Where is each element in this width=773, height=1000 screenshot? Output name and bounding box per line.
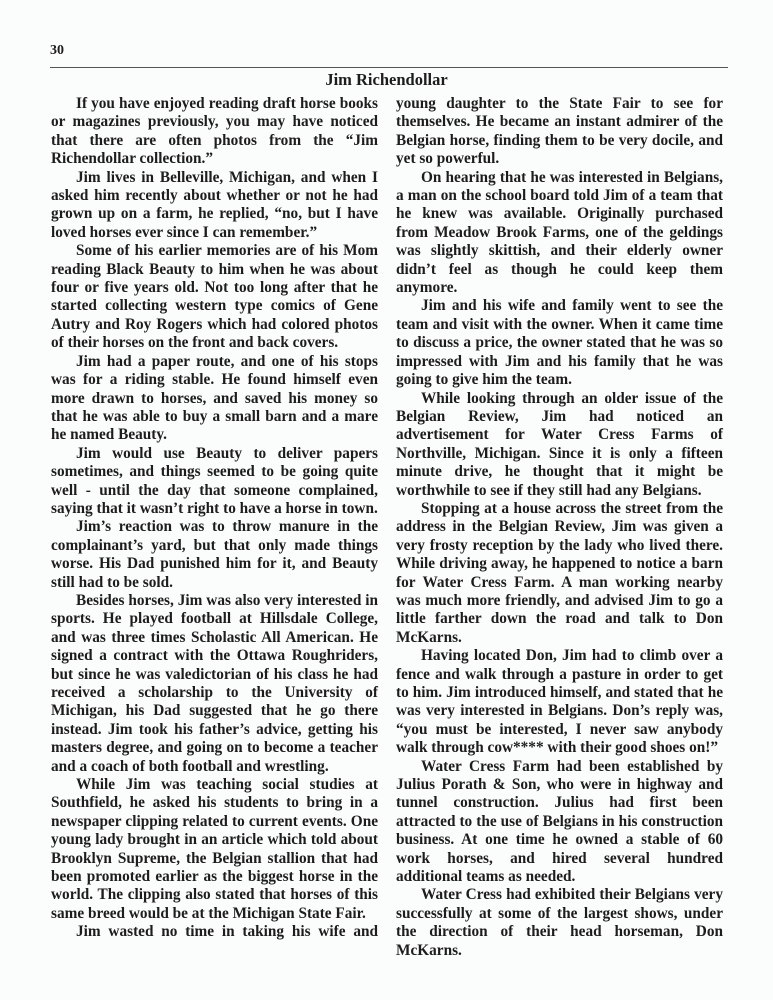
paragraph: While looking through an older issue of …: [396, 390, 723, 500]
paragraph: Jim and his wife and family went to see …: [396, 297, 723, 389]
page-number: 30: [50, 44, 64, 58]
paragraph: Jim wasted no time in taking his wife an…: [51, 923, 378, 941]
paragraph: While Jim was teaching social studies at…: [51, 776, 378, 923]
paragraph: Jim lives in Belleville, Michigan, and w…: [51, 169, 378, 243]
page-title: Jim Richendollar: [0, 71, 773, 89]
text-columns: If you have enjoyed reading draft horse …: [51, 95, 723, 960]
paragraph: Jim had a paper route, and one of his st…: [51, 353, 378, 445]
left-column: If you have enjoyed reading draft horse …: [51, 95, 378, 960]
paragraph: On hearing that he was interested in Bel…: [396, 169, 723, 298]
paragraph: Stopping at a house across the street fr…: [396, 500, 723, 647]
paragraph: Having located Don, Jim had to climb ove…: [396, 647, 723, 757]
paragraph: Water Cress had exhibited their Belgians…: [396, 886, 723, 960]
header-rule: [50, 67, 728, 68]
paragraph: Jim’s reaction was to throw manure in th…: [51, 518, 378, 592]
paragraph: Some of his earlier memories are of his …: [51, 242, 378, 352]
paragraph: Jim would use Beauty to deliver papers s…: [51, 445, 378, 519]
paragraph: If you have enjoyed reading draft horse …: [51, 95, 378, 169]
right-column: young daughter to the State Fair to see …: [396, 95, 723, 960]
document-page: 30 Jim Richendollar If you have enjoyed …: [0, 0, 773, 1000]
paragraph: young daughter to the State Fair to see …: [396, 95, 723, 169]
paragraph: Water Cress Farm had been established by…: [396, 758, 723, 887]
paragraph: Besides horses, Jim was also very intere…: [51, 592, 378, 776]
